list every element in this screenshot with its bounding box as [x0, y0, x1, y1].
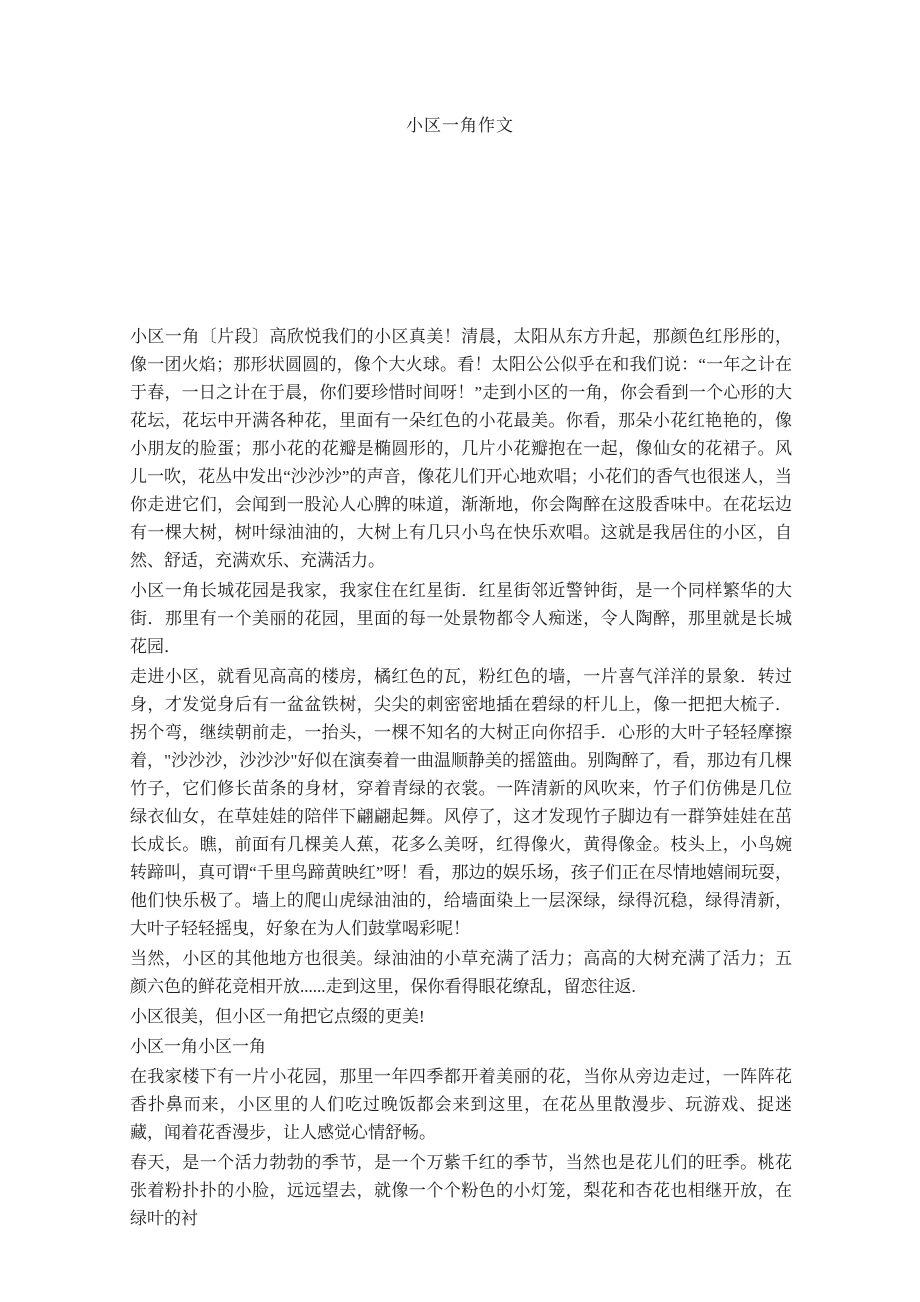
- document-body: 小区一角〔片段〕高欣悦我们的小区真美！清晨，太阳从东方升起，那颜色红彤彤的，像一…: [130, 323, 792, 1235]
- paragraph-other-places-beautiful: 当然，小区的其他地方也很美。绿油油的小草充满了活力；高高的大树充满了活力；五颜六…: [130, 945, 792, 1001]
- paragraph-small-garden-downstairs: 在我家楼下有一片小花园，那里一年四季都开着美丽的花，当你从旁边走过，一阵阵花香扑…: [130, 1063, 792, 1147]
- paragraph-section-heading-repeat: 小区一角小区一角: [130, 1033, 792, 1061]
- paragraph-community-corner-fragment: 小区一角〔片段〕高欣悦我们的小区真美！清晨，太阳从东方升起，那颜色红彤彤的，像一…: [130, 323, 792, 575]
- document-title: 小区一角作文: [0, 111, 920, 136]
- paragraph-spring-season: 春天，是一个活力勃勃的季节，是一个万紫千红的季节，当然也是花儿们的旺季。桃花张着…: [130, 1149, 792, 1233]
- paragraph-changcheng-garden-intro: 小区一角长城花园是我家，我家住在红星街．红星街邻近警钟街，是一个同样繁华的大街．…: [130, 577, 792, 661]
- document-page: 小区一角作文 小区一角〔片段〕高欣悦我们的小区真美！清晨，太阳从东方升起，那颜色…: [0, 0, 920, 1302]
- paragraph-walking-into-community: 走进小区，就看见高高的楼房，橘红色的瓦，粉红色的墙，一片喜气洋洋的景象．转过身，…: [130, 663, 792, 943]
- paragraph-corner-decorates: 小区很美，但小区一角把它点缀的更美!: [130, 1003, 792, 1031]
